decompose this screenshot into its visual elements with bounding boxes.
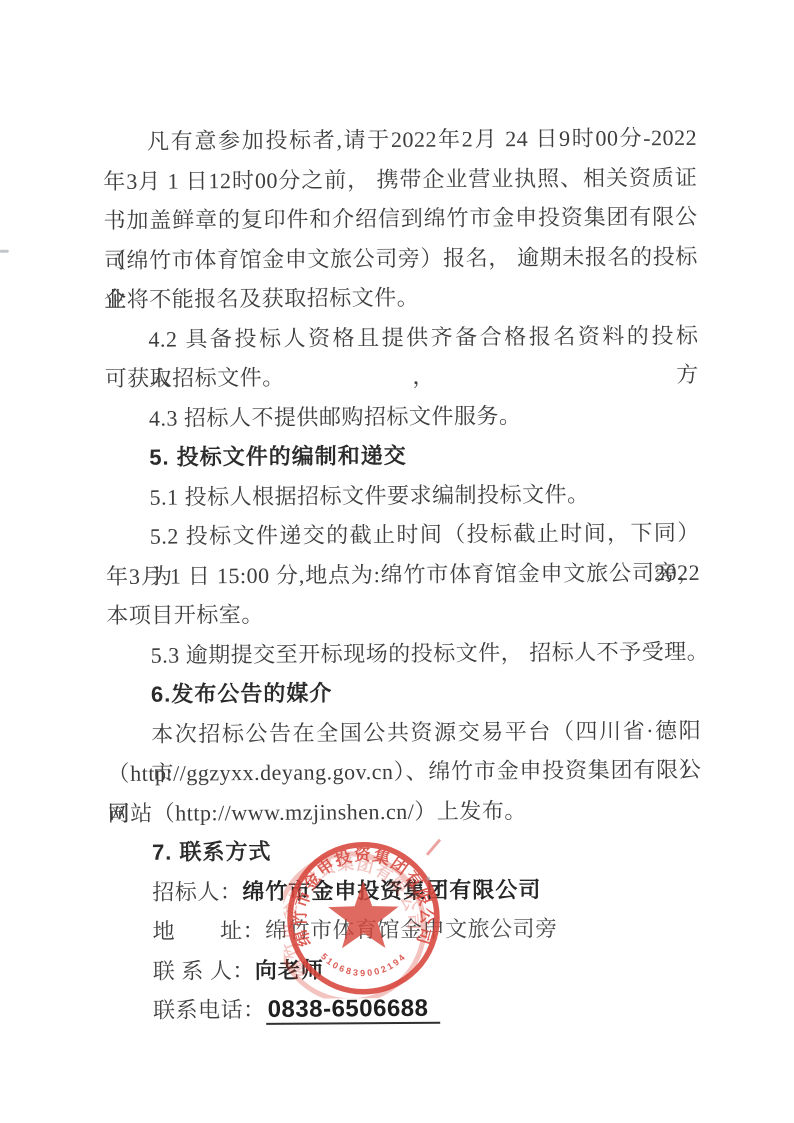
clause-5-2-line: 年3月 1 日 15:00 分,地点为:绵竹市体育馆金申文旅公司旁， [106,552,700,596]
bidder-value: 绵竹市金申投资集团有限公司 [242,877,541,904]
address-value: 绵竹市体育馆金申文旅公司旁 [265,916,558,943]
clause-5-2-line: 本项目开标室。 [106,592,700,636]
contact-row-phone: 联系电话：0838-6506688 [109,987,703,1031]
contact-row-address: 地 址：绵竹市体育馆金申文旅公司旁 [108,908,702,952]
media-paragraph-line: （http://ggzyxx.deyang.gov.cn）、绵竹市金申投资集团有… [107,750,701,794]
paragraph-line: （绵竹市体育馆金申文旅公司旁）报名， 逾期未报名的投标企 [104,236,698,280]
paragraph-line: 年3月 1 日12时00分之前， 携带企业营业执照、相关资质证 [103,157,697,201]
scan-speck [426,877,430,881]
contact-row-person: 联 系 人：向老师 [109,947,703,991]
media-paragraph-line: 本次招标公告在全国公共资源交易平台（四川省·德阳市） [107,710,701,754]
person-value: 向老师 [255,957,324,982]
paragraph-line: 业将不能报名及获取招标文件。 [104,276,698,320]
section-7-heading: 7. 联系方式 [108,829,702,873]
clause-4-2-line: 4.2 具备投标人资格且提供齐备合格报名资料的投标人，方 [104,315,698,359]
scan-speck [0,250,9,253]
person-label: 联 系 人： [153,958,255,984]
document-body: 凡有意参加投标者,请于2022年2月 24 日9时00分-2022 年3月 1 … [103,118,703,1031]
section-5-heading: 5. 投标文件的编制和递交 [105,434,699,478]
phone-number: 0838-6506688 [266,995,441,1025]
section-6-heading: 6.发布公告的媒介 [107,671,701,715]
scanned-sheet: 凡有意参加投标者,请于2022年2月 24 日9时00分-2022 年3月 1 … [0,0,794,1123]
address-label: 地 址： [152,918,265,944]
clause-5-3-line: 5.3 逾期提交至开标现场的投标文件， 招标人不予受理。 [107,631,701,675]
document-page: 凡有意参加投标者,请于2022年2月 24 日9时00分-2022 年3月 1 … [0,0,794,1123]
clause-5-1-line: 5.1 投标人根据招标文件要求编制投标文件。 [105,473,699,517]
media-paragraph-line: 网站（http://www.mzjinshen.cn/）上发布。 [108,789,702,833]
contact-row-bidder: 招标人：绵竹市金申投资集团有限公司 [108,868,702,912]
bidder-label: 招标人： [152,879,242,905]
phone-label: 联系电话： [153,997,266,1023]
paragraph-line: 书加盖鲜章的复印件和介绍信到绵竹市金申投资集团有限公司 [103,197,697,241]
paragraph-line: 凡有意参加投标者,请于2022年2月 24 日9时00分-2022 [103,118,697,162]
clause-4-3-line: 4.3 招标人不提供邮购招标文件服务。 [105,394,699,438]
clause-5-2-line: 5.2 投标文件递交的截止时间（投标截止时间，下同）为 2022 [106,513,700,557]
